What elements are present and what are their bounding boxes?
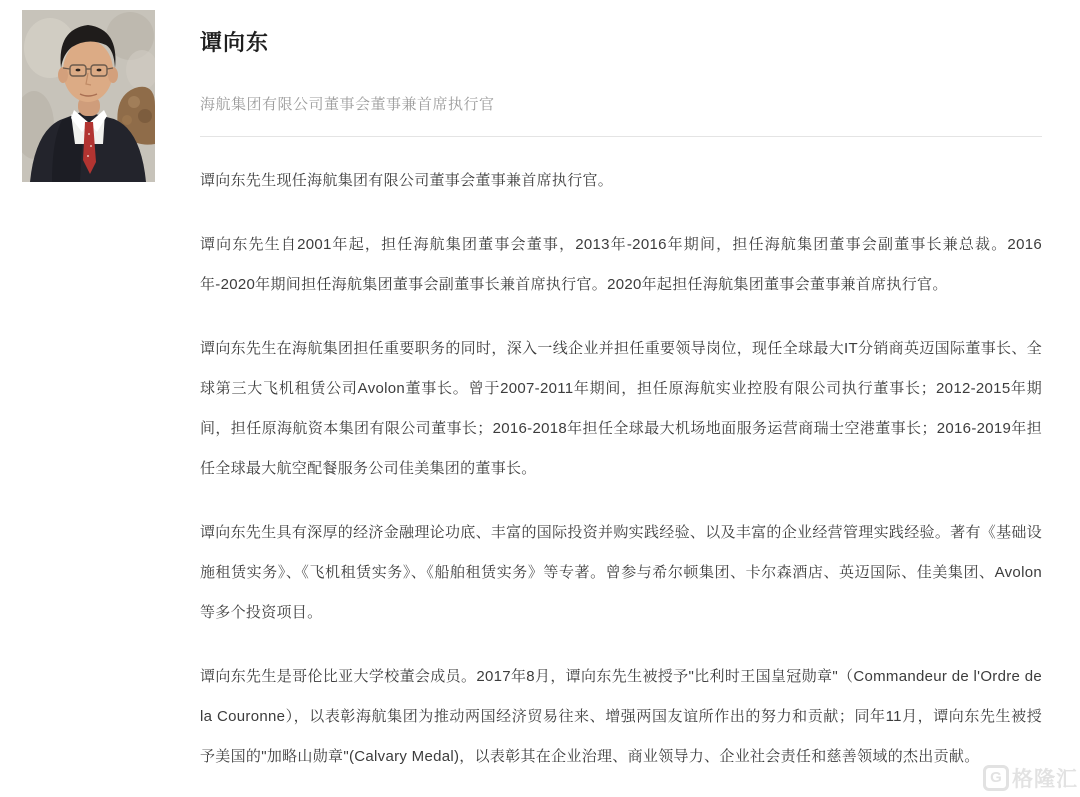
bio-paragraph-5: 谭向东先生是哥伦比亚大学校董会成员。2017年8月，谭向东先生被授予"比利时王国… xyxy=(200,657,1042,777)
bio-paragraph-4: 谭向东先生具有深厚的经济金融理论功底、丰富的国际投资并购实践经验、以及丰富的企业… xyxy=(200,513,1042,633)
bio-content: 谭向东 海航集团有限公司董事会董事兼首席执行官 谭向东先生现任海航集团有限公司董… xyxy=(200,0,1042,777)
watermark-label: 格隆汇 xyxy=(1012,763,1078,793)
gelonghui-watermark: G 格隆汇 xyxy=(983,763,1078,793)
bio-paragraph-3: 谭向东先生在海航集团担任重要职务的同时，深入一线企业并担任重要领导岗位，现任全球… xyxy=(200,329,1042,489)
portrait-illustration xyxy=(22,10,155,182)
bio-paragraph-2: 谭向东先生自2001年起，担任海航集团董事会董事，2013年-2016年期间，担… xyxy=(200,225,1042,305)
profile-name: 谭向东 xyxy=(200,30,1042,56)
profile-photo xyxy=(22,10,155,182)
profile-job-title: 海航集团有限公司董事会董事兼首席执行官 xyxy=(200,96,1042,114)
gelonghui-logo-icon: G xyxy=(983,765,1009,791)
divider xyxy=(200,136,1042,137)
bio-paragraph-1: 谭向东先生现任海航集团有限公司董事会董事兼首席执行官。 xyxy=(200,161,1042,201)
